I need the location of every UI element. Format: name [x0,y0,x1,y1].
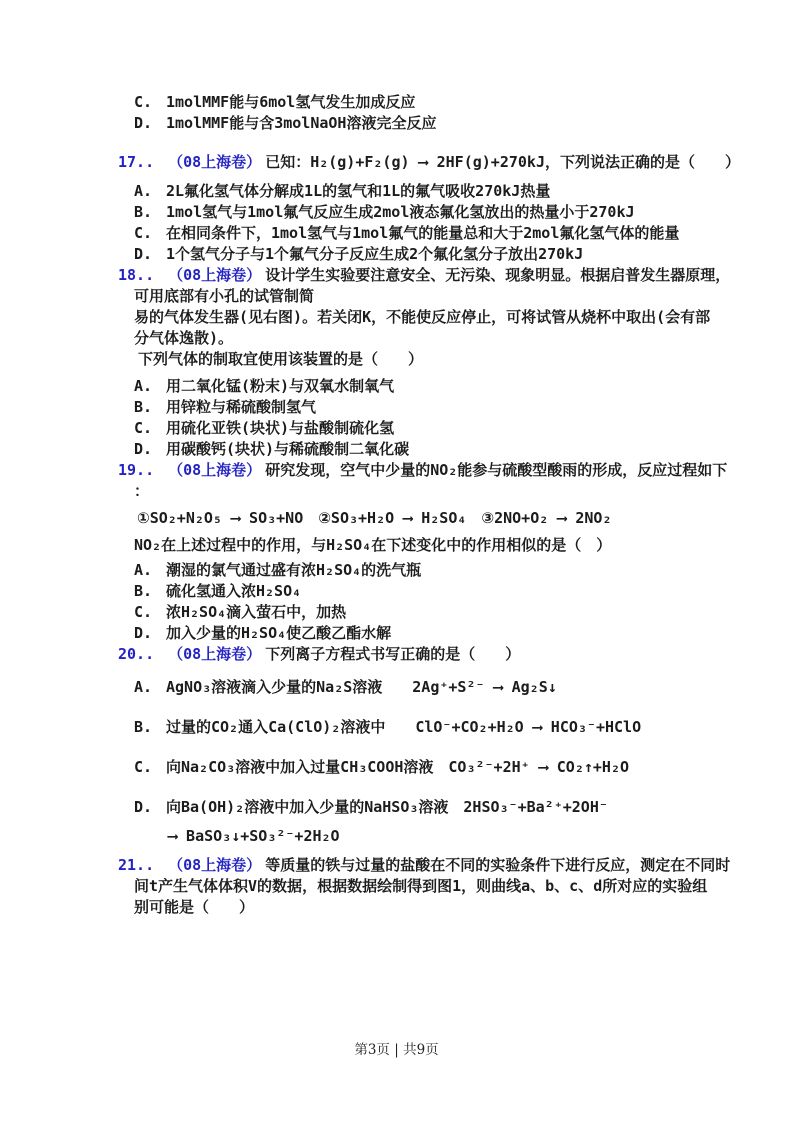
question-header: 19..（08上海卷）研究发现，空气中少量的NO₂能参与硫酸型酸雨的形成，反应过… [118,460,733,481]
stem-continuation: ： [118,481,733,502]
option-label: C. [134,602,166,623]
options-list: A.2L氟化氢气体分解成1L的氢气和1L的氟气吸收270kJ热量 B.1mol氢… [118,181,733,265]
reaction-equations: ①SO₂+N₂O₅ ⟶ SO₃+NO ②SO₃+H₂O ⟶ H₂SO₄ ③2NO… [118,508,733,529]
option: B.用锌粒与稀硫酸制氢气 [118,397,733,418]
option: A.2L氟化氢气体分解成1L的氢气和1L的氟气吸收270kJ热量 [118,181,733,202]
options-list: A.用二氧化锰(粉末)与双氧水制氧气 B.用锌粒与稀硫酸制氢气 C.用硫化亚铁(… [118,376,733,460]
option-text: 用硫化亚铁(块状)与盐酸制硫化氢 [166,419,394,437]
option-label: D. [134,623,166,644]
question-stem: 设计学生实验要注意安全、无污染、现象明显。根据启普发生器原理， [265,266,730,284]
question-header: 21..（08上海卷）等质量的铁与过量的盐酸在不同的实验条件下进行反应，测定在不… [118,855,733,876]
option-text: 向Ba(OH)₂溶液中加入少量的NaHSO₃溶液 2HSO₃⁻+Ba²⁺+2OH… [166,798,608,816]
option-label: D. [134,797,166,818]
option: D.向Ba(OH)₂溶液中加入少量的NaHSO₃溶液 2HSO₃⁻+Ba²⁺+2… [118,797,733,818]
question-17: 17..（08上海卷）已知：H₂(g)+F₂(g) ⟶ 2HF(g)+270kJ… [118,152,733,265]
option-label: A. [134,560,166,581]
option-text: 在相同条件下，1mol氢气与1mol氟气的能量总和大于2mol氟化氢气体的能量 [166,224,679,242]
option-text: 用二氧化锰(粉末)与双氧水制氧气 [166,377,394,395]
option-label: A. [134,181,166,202]
option-text: 1mol氢气与1mol氟气反应生成2mol液态氟化氢放出的热量小于270kJ [166,203,635,221]
option-label: B. [134,202,166,223]
option-text: 1molMMF能与含3molNaOH溶液完全反应 [166,114,436,132]
option-label: C. [134,92,166,113]
option-text: 加入少量的H₂SO₄使乙酸乙酯水解 [166,624,391,642]
option-text: 2L氟化氢气体分解成1L的氢气和1L的氟气吸收270kJ热量 [166,182,550,200]
question-source: （08上海卷） [168,266,261,284]
option-label: C. [134,223,166,244]
option: C.浓H₂SO₄滴入萤石中，加热 [118,602,733,623]
page-content: C.1molMMF能与6mol氢气发生加成反应 D.1molMMF能与含3mol… [0,0,793,918]
option: C.1molMMF能与6mol氢气发生加成反应 [118,92,733,113]
option-label: A. [134,376,166,397]
question-header: 18..（08上海卷）设计学生实验要注意安全、无污染、现象明显。根据启普发生器原… [118,265,733,286]
option: C.在相同条件下，1mol氢气与1mol氟气的能量总和大于2mol氟化氢气体的能… [118,223,733,244]
option-text: 硫化氢通入浓H₂SO₄ [166,582,301,600]
option: D.用碳酸钙(块状)与稀硫酸制二氧化碳 [118,439,733,460]
stem-continuation: 可用底部有小孔的试管制简 [118,286,733,307]
question-18: 18..（08上海卷）设计学生实验要注意安全、无污染、现象明显。根据启普发生器原… [118,265,733,460]
option-text: 用锌粒与稀硫酸制氢气 [166,398,316,416]
question-header: 17..（08上海卷）已知：H₂(g)+F₂(g) ⟶ 2HF(g)+270kJ… [118,152,733,173]
previous-question-options: C.1molMMF能与6mol氢气发生加成反应 D.1molMMF能与含3mol… [118,92,733,134]
option-equation-continuation: ⟶ BaSO₃↓+SO₃²⁻+2H₂O [118,826,733,847]
option-label: D. [134,113,166,134]
option: A.潮湿的氯气通过盛有浓H₂SO₄的洗气瓶 [118,560,733,581]
option-text: 浓H₂SO₄滴入萤石中，加热 [166,603,346,621]
stem-continuation: 别可能是（ ） [118,897,733,918]
question-source: （08上海卷） [168,461,261,479]
option: A.AgNO₃溶液滴入少量的Na₂S溶液 2Ag⁺+S²⁻ ⟶ Ag₂S↓ [118,677,733,698]
option-text: 1个氢气分子与1个氟气分子反应生成2个氟化氢分子放出270kJ [166,245,583,263]
question-number: 20.. [118,645,154,663]
question-source: （08上海卷） [168,856,261,874]
option-text: AgNO₃溶液滴入少量的Na₂S溶液 2Ag⁺+S²⁻ ⟶ Ag₂S↓ [166,678,557,696]
question-stem: 研究发现，空气中少量的NO₂能参与硫酸型酸雨的形成，反应过程如下 [265,461,727,479]
question-number: 19.. [118,461,154,479]
option-label: C. [134,757,166,778]
option-label: B. [134,717,166,738]
question-stem: 下列离子方程式书写正确的是（ ） [265,645,520,663]
question-stem: 已知：H₂(g)+F₂(g) ⟶ 2HF(g)+270kJ，下列说法正确的是（ … [265,153,740,171]
option-label: B. [134,581,166,602]
question-19: 19..（08上海卷）研究发现，空气中少量的NO₂能参与硫酸型酸雨的形成，反应过… [118,460,733,644]
option-text: 1molMMF能与6mol氢气发生加成反应 [166,93,415,111]
option: D.加入少量的H₂SO₄使乙酸乙酯水解 [118,623,733,644]
question-source: （08上海卷） [168,153,261,171]
stem-continuation: 间t产生气体体积V的数据，根据数据绘制得到图1，则曲线a、b、c、d所对应的实验… [118,876,733,897]
option: D.1molMMF能与含3molNaOH溶液完全反应 [118,113,733,134]
question-sub-stem: 下列气体的制取宜使用该装置的是（ ） [118,349,733,370]
option-label: C. [134,418,166,439]
stem-continuation: 易的气体发生器(见右图)。若关闭K，不能使反应停止，可将试管从烧杯中取出(会有部 [118,307,733,328]
option: A.用二氧化锰(粉末)与双氧水制氧气 [118,376,733,397]
option-label: D. [134,439,166,460]
option-text: 用碳酸钙(块状)与稀硫酸制二氧化碳 [166,440,409,458]
option: D.1个氢气分子与1个氟气分子反应生成2个氟化氢分子放出270kJ [118,244,733,265]
options-list: A.潮湿的氯气通过盛有浓H₂SO₄的洗气瓶 B.硫化氢通入浓H₂SO₄ C.浓H… [118,560,733,644]
question-header: 20..（08上海卷）下列离子方程式书写正确的是（ ） [118,644,733,665]
question-stem: 等质量的铁与过量的盐酸在不同的实验条件下进行反应，测定在不同时 [265,856,730,874]
option: C.用硫化亚铁(块状)与盐酸制硫化氢 [118,418,733,439]
document-page: C.1molMMF能与6mol氢气发生加成反应 D.1molMMF能与含3mol… [0,0,793,1122]
question-number: 18.. [118,266,154,284]
option-text: 向Na₂CO₃溶液中加入过量CH₃COOH溶液 CO₃²⁻+2H⁺ ⟶ CO₂↑… [166,758,629,776]
option: B.过量的CO₂通入Ca(ClO)₂溶液中 ClO⁻+CO₂+H₂O ⟶ HCO… [118,717,733,738]
question-source: （08上海卷） [168,645,261,663]
option-text: 潮湿的氯气通过盛有浓H₂SO₄的洗气瓶 [166,561,421,579]
option-text: 过量的CO₂通入Ca(ClO)₂溶液中 ClO⁻+CO₂+H₂O ⟶ HCO₃⁻… [166,718,641,736]
option: C.向Na₂CO₃溶液中加入过量CH₃COOH溶液 CO₃²⁻+2H⁺ ⟶ CO… [118,757,733,778]
option: B.1mol氢气与1mol氟气反应生成2mol液态氟化氢放出的热量小于270kJ [118,202,733,223]
option-label: D. [134,244,166,265]
option-label: A. [134,677,166,698]
option: B.硫化氢通入浓H₂SO₄ [118,581,733,602]
option-label: B. [134,397,166,418]
stem-continuation: 分气体逸散)。 [118,328,733,349]
page-footer: 第3页 | 共9页 [0,1038,793,1058]
question-sub-stem: NO₂在上述过程中的作用，与H₂SO₄在下述变化中的作用相似的是（ ） [118,535,733,556]
question-21: 21..（08上海卷）等质量的铁与过量的盐酸在不同的实验条件下进行反应，测定在不… [118,855,733,918]
question-20: 20..（08上海卷）下列离子方程式书写正确的是（ ） A.AgNO₃溶液滴入少… [118,644,733,847]
question-number: 17.. [118,153,154,171]
question-number: 21.. [118,856,154,874]
